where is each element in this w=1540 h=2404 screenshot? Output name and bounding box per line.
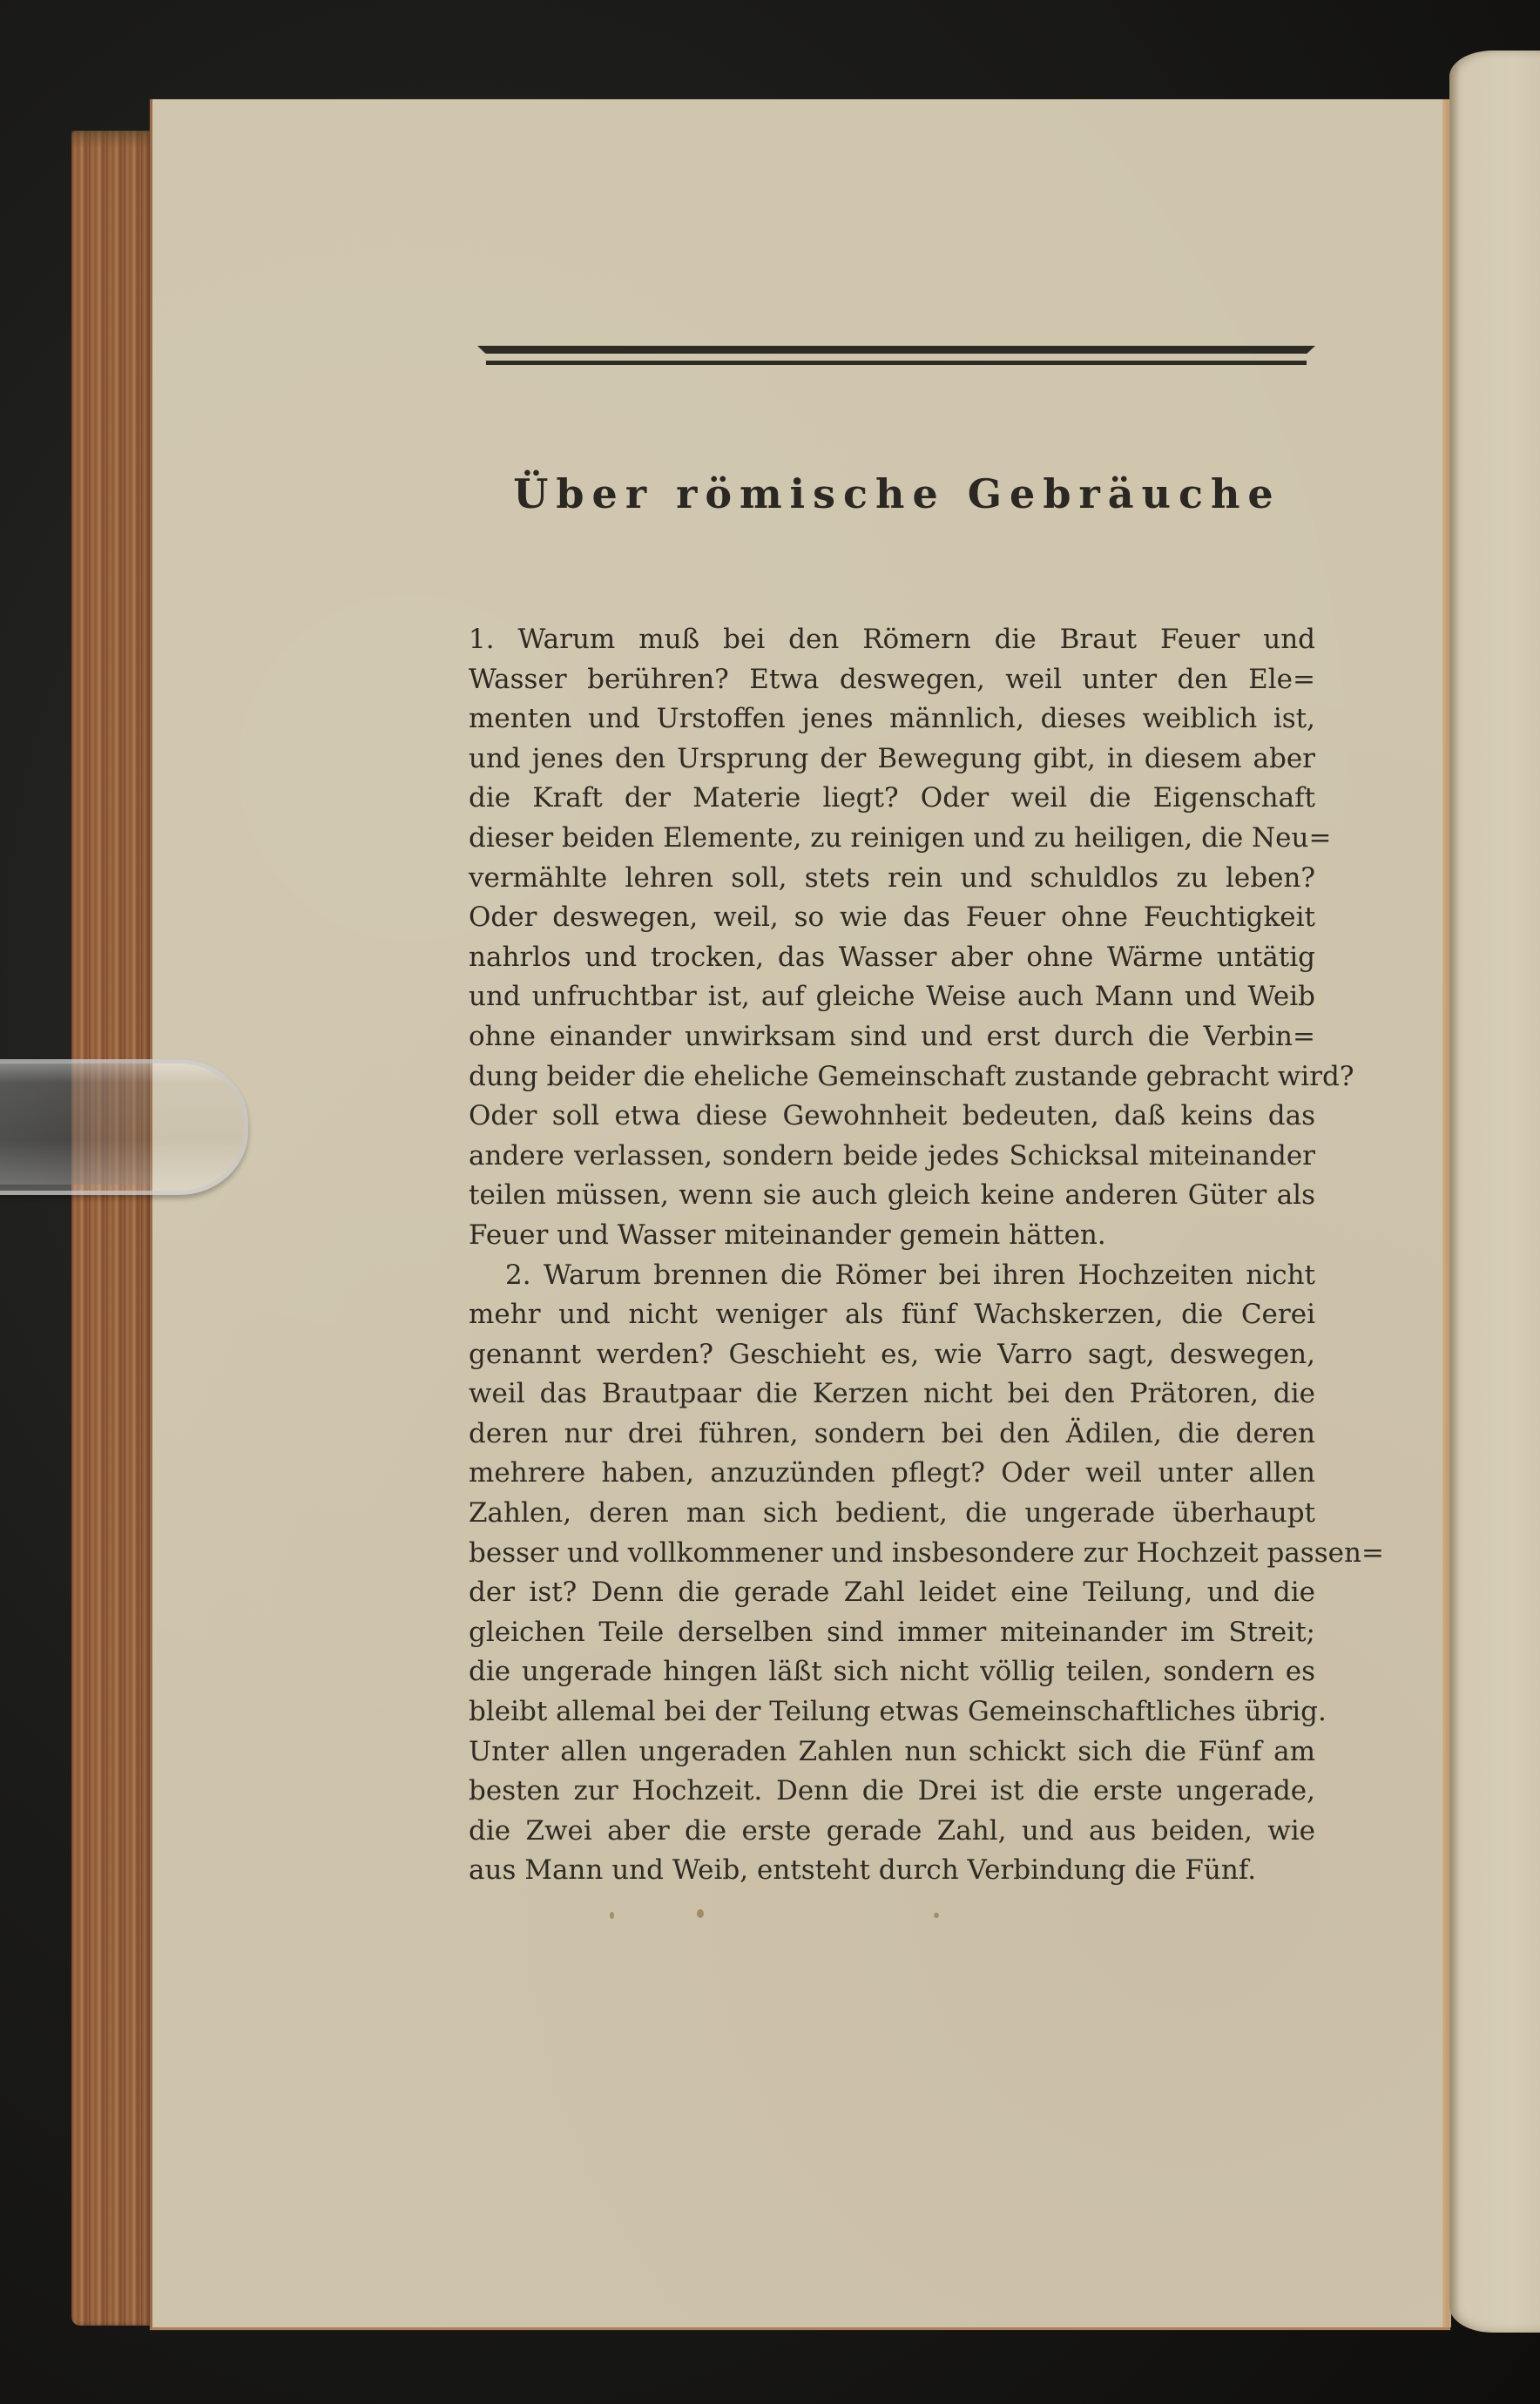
paper-stain bbox=[610, 1912, 614, 1919]
chapter-title: Über römische Gebräuche bbox=[479, 470, 1315, 517]
paragraph-1-line: und jenes den Ursprung der Bewegung gibt… bbox=[469, 739, 1315, 780]
paragraph-1-line: dung beider die eheliche Gemeinschaft zu… bbox=[469, 1057, 1315, 1097]
paragraph-2-line: mehrere haben, anzuzünden pflegt? Oder w… bbox=[469, 1454, 1315, 1494]
paragraph-1-line: Oder deswegen, weil, so wie das Feuer oh… bbox=[469, 898, 1315, 938]
body-text: 1. Warum muß bei den Römern die Braut Fe… bbox=[469, 620, 1315, 1891]
paragraph-1-line: dieser beiden Elemente, zu reinigen und … bbox=[469, 819, 1315, 859]
facing-page-edge bbox=[1449, 51, 1540, 2333]
paragraph-2-line: bleibt allemal bei der Teilung etwas Gem… bbox=[469, 1692, 1315, 1732]
paragraph-1-line: Oder soll etwa diese Gewohnheit bedeuten… bbox=[469, 1097, 1315, 1137]
paragraph-1-line: vermählte lehren soll, stets rein und sc… bbox=[469, 859, 1315, 899]
paragraph-1-line: ohne einander unwirksam sind und erst du… bbox=[469, 1017, 1315, 1057]
paragraph-2-line: mehr und nicht weniger als fünf Wachsker… bbox=[469, 1295, 1315, 1335]
decorative-rule-top bbox=[477, 346, 1315, 354]
paragraph-2-line: weil das Brautpaar die Kerzen nicht bei … bbox=[469, 1374, 1315, 1415]
paragraph-1-line: die Kraft der Materie liegt? Oder weil d… bbox=[469, 779, 1315, 819]
paragraph-1-line: 1. Warum muß bei den Römern die Braut Fe… bbox=[469, 620, 1315, 660]
paragraph-2-line: 2. Warum brennen die Römer bei ihren Hoc… bbox=[469, 1256, 1315, 1296]
paragraph-1-line: menten und Urstoffen jenes männlich, die… bbox=[469, 699, 1315, 739]
paper-stain bbox=[697, 1909, 704, 1918]
paragraph-2-line: genannt werden? Geschieht es, wie Varro … bbox=[469, 1335, 1315, 1375]
paragraph-2-line: deren nur drei führen, sondern bei den Ä… bbox=[469, 1415, 1315, 1455]
paragraph-1-line: und unfruchtbar ist, auf gleiche Weise a… bbox=[469, 977, 1315, 1017]
paragraph-1-line: Wasser berühren? Etwa deswegen, weil unt… bbox=[469, 660, 1315, 700]
paragraph-2-line: gleichen Teile derselben sind immer mite… bbox=[469, 1613, 1315, 1653]
paragraph-1-line: Feuer und Wasser miteinander gemein hätt… bbox=[469, 1216, 1315, 1256]
paragraph-2-line: aus Mann und Weib, entsteht durch Verbin… bbox=[469, 1851, 1315, 1891]
paragraph-2-line: die ungerade hingen läßt sich nicht völl… bbox=[469, 1652, 1315, 1692]
page-block-edges bbox=[71, 131, 152, 2326]
paragraph-1-line: andere verlassen, sondern beide jedes Sc… bbox=[469, 1137, 1315, 1177]
paragraph-1-line: nahrlos und trocken, das Wasser aber ohn… bbox=[469, 938, 1315, 978]
paragraph-2-line: besser und vollkommener und insbesondere… bbox=[469, 1534, 1315, 1574]
paragraph-2-line: Unter allen ungeraden Zahlen nun schickt… bbox=[469, 1732, 1315, 1773]
paragraph-2-line: der ist? Denn die gerade Zahl leidet ein… bbox=[469, 1573, 1315, 1613]
paragraph-2-line: Zahlen, deren man sich bedient, die unge… bbox=[469, 1494, 1315, 1534]
glass-page-holder bbox=[0, 1059, 248, 1195]
paragraph-2-line: die Zwei aber die erste gerade Zahl, und… bbox=[469, 1812, 1315, 1852]
paper-stain bbox=[934, 1913, 939, 1918]
decorative-rule-bottom bbox=[486, 361, 1307, 365]
paragraph-2-line: besten zur Hochzeit. Denn die Drei ist d… bbox=[469, 1772, 1315, 1812]
paragraph-1-line: teilen müssen, wenn sie auch gleich kein… bbox=[469, 1176, 1315, 1216]
